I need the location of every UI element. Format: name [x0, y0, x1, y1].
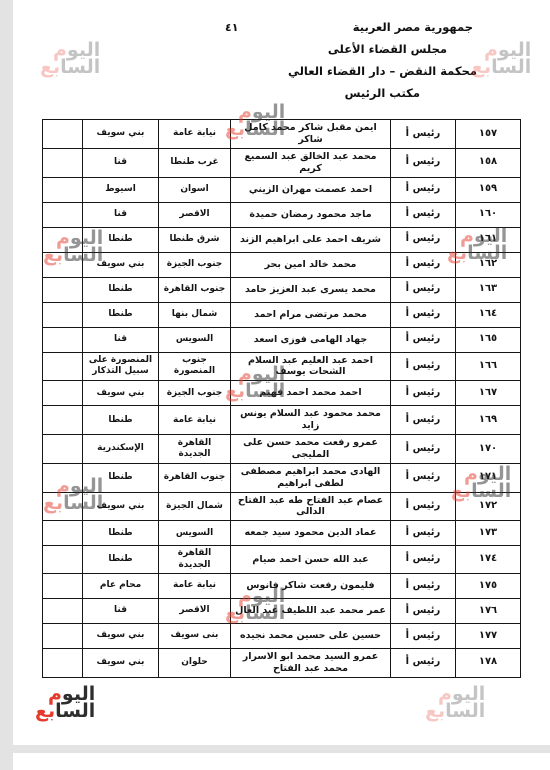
current-location-cell: اسوان [159, 177, 231, 202]
table-row: ١٦٠رئيس أماجد محمود رمضان حميدةالاقصرقنا [43, 202, 521, 227]
rank-cell: رئيس أ [391, 177, 456, 202]
destination-cell: طنطا [83, 406, 159, 435]
empty-cell [43, 598, 83, 623]
rank-cell: رئيس أ [391, 492, 456, 521]
row-number-cell: ١٦٩ [456, 406, 521, 435]
empty-cell [43, 148, 83, 177]
judge-name-cell: محمد مرتضى مرام احمد [231, 302, 391, 327]
empty-cell [43, 381, 83, 406]
rank-cell: رئيس أ [391, 352, 456, 381]
table-row: ١٧٣رئيس أعماد الدين محمود سيد جمعهالسويس… [43, 521, 521, 546]
table-row: ١٥٧رئيس أايمن مقبل شاكر محمد كامل شاكرني… [43, 120, 521, 149]
row-number-cell: ١٧٨ [456, 648, 521, 677]
current-location-cell: شمال بنها [159, 302, 231, 327]
rank-cell: رئيس أ [391, 227, 456, 252]
table-row: ١٥٨رئيس أمحمد عبد الخالق عبد السميع كريم… [43, 148, 521, 177]
rank-cell: رئيس أ [391, 252, 456, 277]
empty-cell [43, 277, 83, 302]
destination-cell: بني سويف [83, 252, 159, 277]
judge-name-cell: فليمون رفعت شاكر فانوس [231, 573, 391, 598]
judges-assignment-table-body: ١٥٧رئيس أايمن مقبل شاكر محمد كامل شاكرني… [43, 120, 521, 678]
current-location-cell: جنوب المنصورة [159, 352, 231, 381]
current-location-cell: شمال الجيزة [159, 492, 231, 521]
youm7-watermark: اليومالسابع [35, 686, 95, 720]
table-row: ١٦٥رئيس أجهاد الهامى فوزى اسعدالسويسقنا [43, 327, 521, 352]
youm7-watermark: اليومالسابع [40, 42, 100, 76]
rank-cell: رئيس أ [391, 623, 456, 648]
current-location-cell: نيابة عامة [159, 573, 231, 598]
current-location-cell: جنوب الجيزة [159, 252, 231, 277]
judge-name-cell: محمد يسرى عبد العزيز حامد [231, 277, 391, 302]
current-location-cell: بنى سويف [159, 623, 231, 648]
table-row: ١٥٩رئيس أاحمد عصمت مهران الزينياسواناسيو… [43, 177, 521, 202]
empty-cell [43, 463, 83, 492]
table-row: ١٦١رئيس أشريف احمد على ابراهيم الزندشرق … [43, 227, 521, 252]
empty-cell [43, 406, 83, 435]
empty-cell [43, 302, 83, 327]
judges-assignment-table: ١٥٧رئيس أايمن مقبل شاكر محمد كامل شاكرني… [42, 119, 521, 678]
judge-name-cell: عمرو رفعت محمد حسن على المليجى [231, 435, 391, 464]
youm7-watermark: اليومالسابع [425, 686, 485, 720]
destination-cell: اسيوط [83, 177, 159, 202]
judge-name-cell: شريف احمد على ابراهيم الزند [231, 227, 391, 252]
row-number-cell: ١٧٤ [456, 546, 521, 574]
scanned-document-page: { "header": { "country": "جمهورية مصر ال… [0, 0, 550, 770]
destination-cell: قنا [83, 148, 159, 177]
row-number-cell: ١٧٠ [456, 435, 521, 464]
current-location-cell: غرب طنطا [159, 148, 231, 177]
rank-cell: رئيس أ [391, 546, 456, 574]
row-number-cell: ١٦٦ [456, 352, 521, 381]
destination-cell: بني سويف [83, 120, 159, 149]
judge-name-cell: احمد عبد العليم عبد السلام الشحات يوسف [231, 352, 391, 381]
table-row: ١٧٨رئيس أعمرو السيد محمد ابو الاسرار محم… [43, 648, 521, 677]
rank-cell: رئيس أ [391, 521, 456, 546]
row-number-cell: ١٥٨ [456, 148, 521, 177]
destination-cell: قنا [83, 598, 159, 623]
row-number-cell: ١٦٣ [456, 277, 521, 302]
rank-cell: رئيس أ [391, 381, 456, 406]
current-location-cell: السويس [159, 521, 231, 546]
row-number-cell: ١٦٧ [456, 381, 521, 406]
empty-cell [43, 546, 83, 574]
current-location-cell: جنوب الجيزة [159, 381, 231, 406]
destination-cell: بني سويف [83, 492, 159, 521]
table-row: ١٦٤رئيس أمحمد مرتضى مرام احمدشمال بنهاطن… [43, 302, 521, 327]
row-number-cell: ١٦٤ [456, 302, 521, 327]
current-location-cell: الاقصر [159, 598, 231, 623]
current-location-cell: نيابة عامة [159, 406, 231, 435]
judge-name-cell: احمد عصمت مهران الزيني [231, 177, 391, 202]
header-court: محكمة النقض – دار القضاء العالي [288, 64, 477, 78]
empty-cell [43, 435, 83, 464]
current-location-cell: نيابة عامة [159, 120, 231, 149]
judge-name-cell: ايمن مقبل شاكر محمد كامل شاكر [231, 120, 391, 149]
current-location-cell: الاقصر [159, 202, 231, 227]
row-number-cell: ١٧٧ [456, 623, 521, 648]
current-location-cell: جنوب القاهرة [159, 463, 231, 492]
row-number-cell: ١٦٢ [456, 252, 521, 277]
header-office: مكتب الرئيس [345, 86, 420, 100]
row-number-cell: ١٧٢ [456, 492, 521, 521]
table-row: ١٧٧رئيس أحسين على حسين محمد نجيدهبنى سوي… [43, 623, 521, 648]
table-row: ١٦٧رئيس أاحمد محمد احمد فهيمجنوب الجيزةب… [43, 381, 521, 406]
current-location-cell: شرق طنطا [159, 227, 231, 252]
row-number-cell: ١٥٧ [456, 120, 521, 149]
empty-cell [43, 492, 83, 521]
row-number-cell: ١٦٠ [456, 202, 521, 227]
rank-cell: رئيس أ [391, 120, 456, 149]
table-row: ١٦٣رئيس أمحمد يسرى عبد العزيز حامدجنوب ا… [43, 277, 521, 302]
table-row: ١٧١رئيس أالهادى محمد ابراهيم مصطفى لطفى … [43, 463, 521, 492]
judge-name-cell: عمر محمد عبد اللطيف عبد العال [231, 598, 391, 623]
document-page: جمهورية مصر العربية ٤١ مجلس القضاء الأعل… [13, 0, 550, 745]
judge-name-cell: ماجد محمود رمضان حميدة [231, 202, 391, 227]
row-number-cell: ١٧٥ [456, 573, 521, 598]
rank-cell: رئيس أ [391, 463, 456, 492]
destination-cell: قنا [83, 327, 159, 352]
empty-cell [43, 521, 83, 546]
rank-cell: رئيس أ [391, 648, 456, 677]
destination-cell: بني سويف [83, 381, 159, 406]
empty-cell [43, 120, 83, 149]
current-location-cell: السويس [159, 327, 231, 352]
table-row: ١٧٥رئيس أفليمون رفعت شاكر فانوسنيابة عام… [43, 573, 521, 598]
row-number-cell: ١٦٥ [456, 327, 521, 352]
page-number: ٤١ [225, 21, 238, 34]
judge-name-cell: الهادى محمد ابراهيم مصطفى لطفى ابراهيم [231, 463, 391, 492]
rank-cell: رئيس أ [391, 406, 456, 435]
rank-cell: رئيس أ [391, 202, 456, 227]
row-number-cell: ١٦١ [456, 227, 521, 252]
current-location-cell: القاهرة الجديدة [159, 546, 231, 574]
row-number-cell: ١٧٣ [456, 521, 521, 546]
table-row: ١٦٦رئيس أاحمد عبد العليم عبد السلام الشح… [43, 352, 521, 381]
header-country: جمهورية مصر العربية [353, 20, 473, 34]
current-location-cell: حلوان [159, 648, 231, 677]
table-row: ١٧٦رئيس أعمر محمد عبد اللطيف عبد العالال… [43, 598, 521, 623]
current-location-cell: القاهرة الجديدة [159, 435, 231, 464]
judge-name-cell: محمد محمود عبد السلام يونس زايد [231, 406, 391, 435]
next-page-edge [13, 753, 550, 770]
table-row: ١٧٠رئيس أعمرو رفعت محمد حسن على المليجىا… [43, 435, 521, 464]
judge-name-cell: عصام عبد الفتاح طه عبد الفتاح الدالى [231, 492, 391, 521]
destination-cell: قنا [83, 202, 159, 227]
row-number-cell: ١٧٦ [456, 598, 521, 623]
rank-cell: رئيس أ [391, 277, 456, 302]
table-row: ١٦٢رئيس أمحمد خالد امين بحرجنوب الجيزةبن… [43, 252, 521, 277]
judge-name-cell: احمد محمد احمد فهيم [231, 381, 391, 406]
table-row: ١٧٢رئيس أعصام عبد الفتاح طه عبد الفتاح ا… [43, 492, 521, 521]
empty-cell [43, 623, 83, 648]
judge-name-cell: محمد خالد امين بحر [231, 252, 391, 277]
empty-cell [43, 227, 83, 252]
current-location-cell: جنوب القاهرة [159, 277, 231, 302]
judge-name-cell: جهاد الهامى فوزى اسعد [231, 327, 391, 352]
table-row: ١٦٩رئيس أمحمد محمود عبد السلام يونس زايد… [43, 406, 521, 435]
destination-cell: طنطا [83, 463, 159, 492]
destination-cell: طنطا [83, 227, 159, 252]
destination-cell: بني سويف [83, 648, 159, 677]
judge-name-cell: محمد عبد الخالق عبد السميع كريم [231, 148, 391, 177]
empty-cell [43, 573, 83, 598]
empty-cell [43, 202, 83, 227]
row-number-cell: ١٧١ [456, 463, 521, 492]
destination-cell: المنصورة على سبيل التذكار [83, 352, 159, 381]
destination-cell: طنطا [83, 546, 159, 574]
table-row: ١٧٤رئيس أعبد الله حسن احمد صيامالقاهرة ا… [43, 546, 521, 574]
rank-cell: رئيس أ [391, 327, 456, 352]
destination-cell: بني سويف [83, 623, 159, 648]
youm7-watermark: اليومالسابع [471, 42, 531, 76]
judge-name-cell: عمرو السيد محمد ابو الاسرار محمد عبد الف… [231, 648, 391, 677]
header-council: مجلس القضاء الأعلى [328, 42, 447, 56]
destination-cell: الإسكندرية [83, 435, 159, 464]
rank-cell: رئيس أ [391, 148, 456, 177]
empty-cell [43, 252, 83, 277]
rank-cell: رئيس أ [391, 573, 456, 598]
empty-cell [43, 352, 83, 381]
rank-cell: رئيس أ [391, 598, 456, 623]
empty-cell [43, 327, 83, 352]
judge-name-cell: حسين على حسين محمد نجيده [231, 623, 391, 648]
destination-cell: محام عام [83, 573, 159, 598]
empty-cell [43, 648, 83, 677]
rank-cell: رئيس أ [391, 435, 456, 464]
empty-cell [43, 177, 83, 202]
rank-cell: رئيس أ [391, 302, 456, 327]
destination-cell: طنطا [83, 521, 159, 546]
row-number-cell: ١٥٩ [456, 177, 521, 202]
destination-cell: طنطا [83, 277, 159, 302]
judge-name-cell: عماد الدين محمود سيد جمعه [231, 521, 391, 546]
judge-name-cell: عبد الله حسن احمد صيام [231, 546, 391, 574]
destination-cell: طنطا [83, 302, 159, 327]
